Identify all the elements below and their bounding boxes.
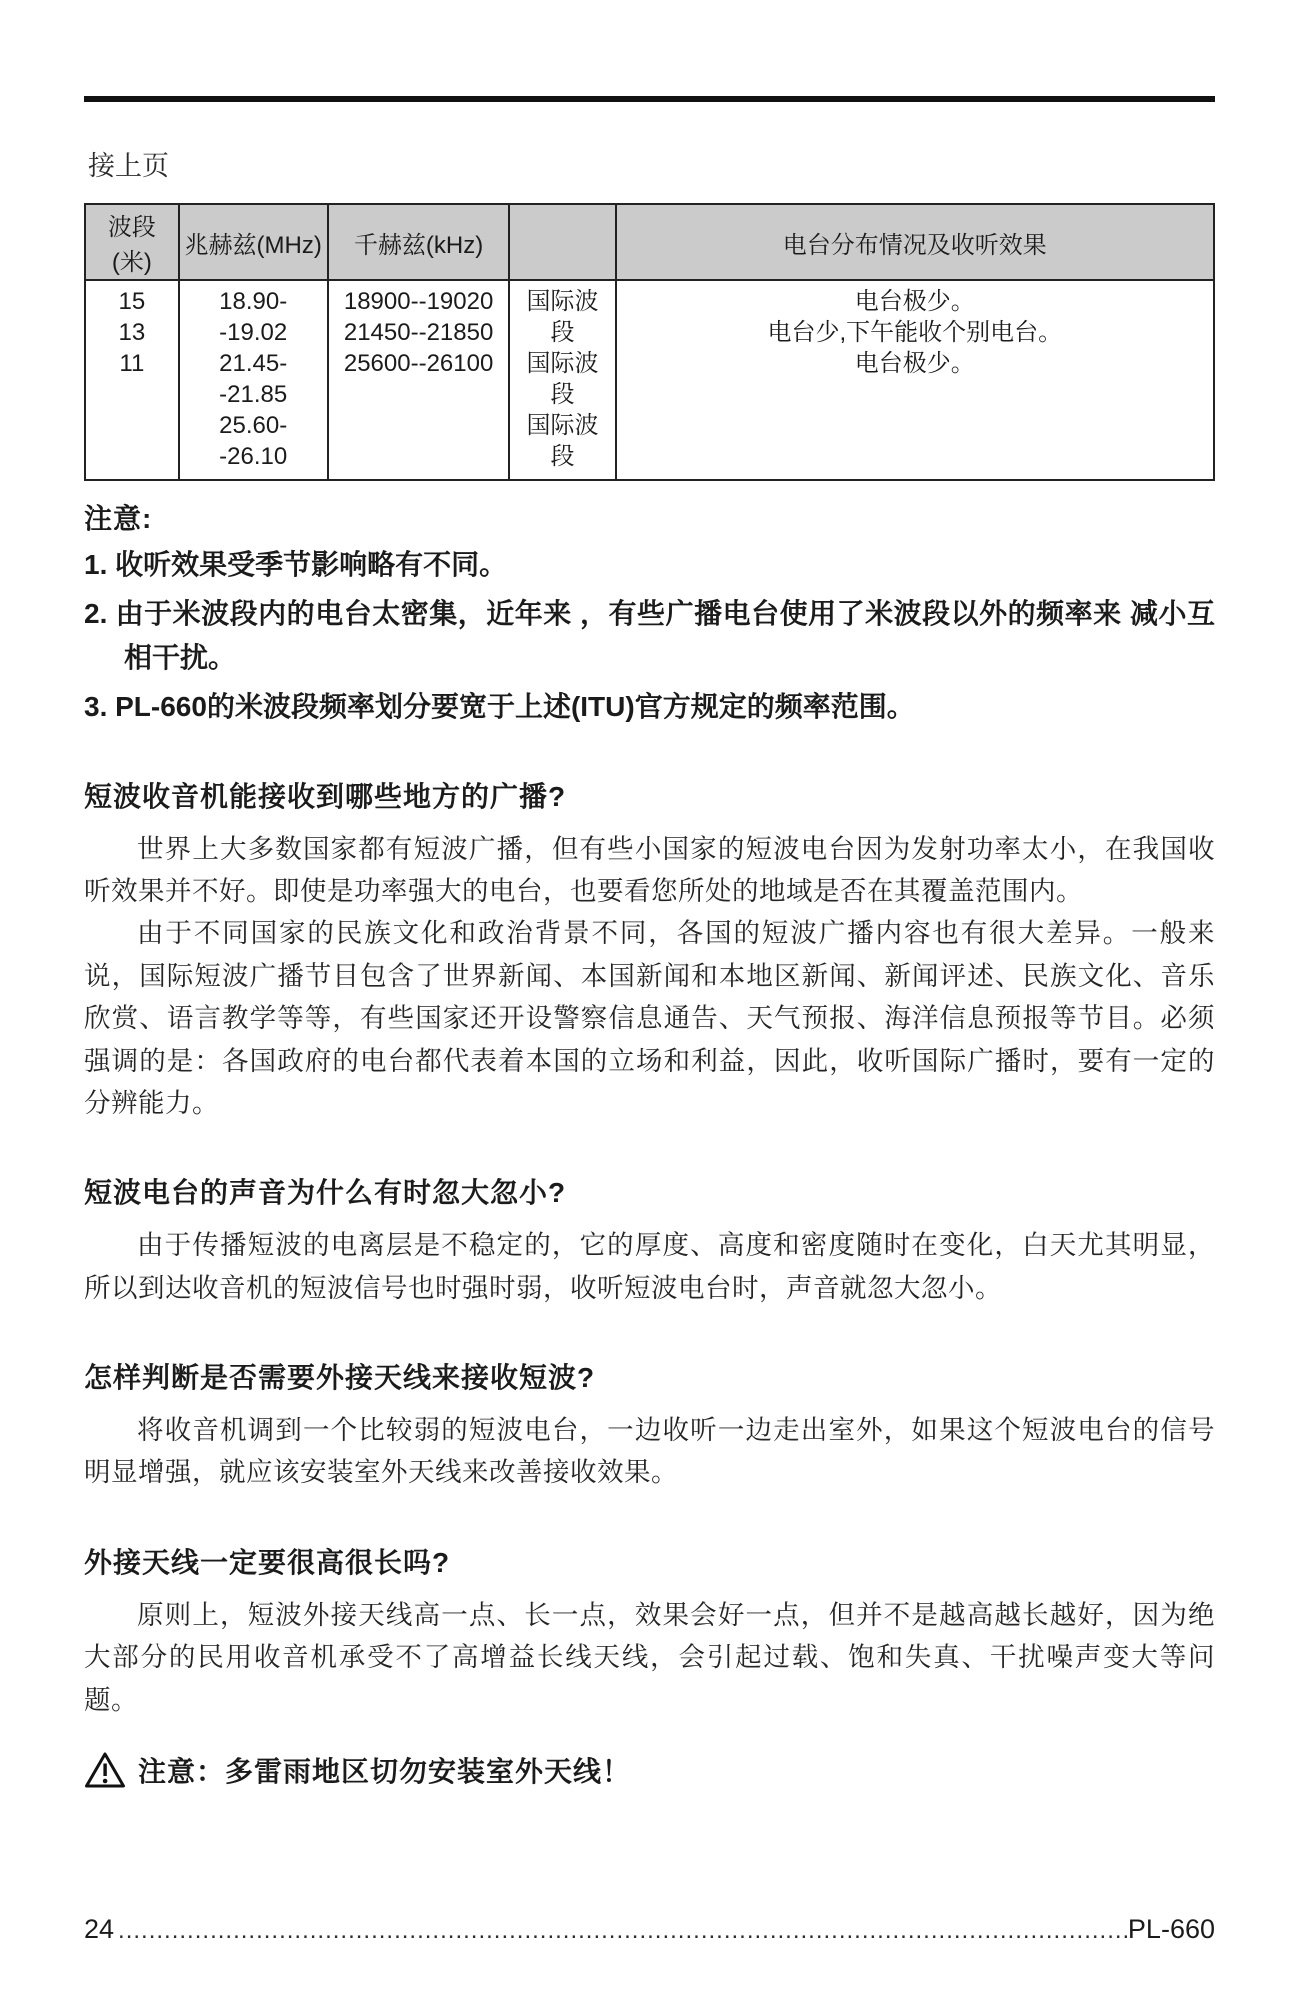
dot-leader: ........................................… bbox=[114, 1917, 1128, 1945]
section-heading: 怎样判断是否需要外接天线来接收短波? bbox=[84, 1356, 1215, 1396]
section-external-antenna-need: 怎样判断是否需要外接天线来接收短波? 将收音机调到一个比较弱的短波电台，一边收听… bbox=[84, 1356, 1215, 1495]
header-khz: 千赫兹(kHz) bbox=[328, 204, 510, 280]
table-header-row: 波段(米) 兆赫兹(MHz) 千赫兹(kHz) 电台分布情况及收听效果 bbox=[85, 204, 1214, 280]
top-divider-rule bbox=[84, 96, 1215, 102]
cell-listening-effect: 电台极少。 电台少,下午能收个别电台。 电台极少。 bbox=[616, 280, 1214, 480]
continued-from-previous-label: 接上页 bbox=[88, 144, 1215, 183]
section-heading: 外接天线一定要很高很长吗? bbox=[84, 1541, 1215, 1581]
section-antenna-height-length: 外接天线一定要很高很长吗? 原则上，短波外接天线高一点、长一点，效果会好一点，但… bbox=[84, 1541, 1215, 1722]
table-body-row: 15 13 11 18.90--19.02 21.45--21.85 25.60… bbox=[85, 280, 1214, 480]
page-number: 24 bbox=[84, 1914, 114, 1945]
section-paragraph: 由于传播短波的电离层是不稳定的，它的厚度、高度和密度随时在变化，白天尤其明显，所… bbox=[84, 1225, 1215, 1310]
header-band-meters: 波段(米) bbox=[85, 204, 179, 280]
cell-mhz-ranges: 18.90--19.02 21.45--21.85 25.60--26.10 bbox=[179, 280, 328, 480]
model-label: PL-660 bbox=[1128, 1914, 1215, 1945]
band-frequency-table: 波段(米) 兆赫兹(MHz) 千赫兹(kHz) 电台分布情况及收听效果 15 1… bbox=[84, 203, 1215, 481]
section-paragraph: 将收音机调到一个比较弱的短波电台，一边收听一边走出室外，如果这个短波电台的信号明… bbox=[84, 1410, 1215, 1495]
section-heading: 短波电台的声音为什么有时忽大忽小? bbox=[84, 1171, 1215, 1211]
header-mhz: 兆赫兹(MHz) bbox=[179, 204, 328, 280]
section-paragraph: 世界上大多数国家都有短波广播，但有些小国家的短波电台因为发射功率太小，在我国收听… bbox=[84, 829, 1215, 914]
section-where-broadcasts: 短波收音机能接收到哪些地方的广播? 世界上大多数国家都有短波广播，但有些小国家的… bbox=[84, 775, 1215, 1126]
cell-band-meters: 15 13 11 bbox=[85, 280, 179, 480]
warning-text: 注意：多雷雨地区切勿安装室外天线！ bbox=[138, 1750, 631, 1790]
notes-block: 注意: 1. 收听效果受季节影响略有不同。 2. 由于米波段内的电台太密集，近年… bbox=[84, 497, 1215, 729]
note-item-2: 2. 由于米波段内的电台太密集，近年来 ，有些广播电台使用了米波段以外的频率来 … bbox=[84, 592, 1215, 679]
header-blank bbox=[509, 204, 615, 280]
manual-page: 接上页 波段(米) 兆赫兹(MHz) 千赫兹(kHz) 电台分布情况及收听效果 … bbox=[0, 0, 1299, 2007]
cell-band-type: 国际波段 国际波段 国际波段 bbox=[509, 280, 615, 480]
warning-triangle-icon bbox=[84, 1751, 126, 1789]
section-volume-fluctuation: 短波电台的声音为什么有时忽大忽小? 由于传播短波的电离层是不稳定的，它的厚度、高… bbox=[84, 1171, 1215, 1310]
section-heading: 短波收音机能接收到哪些地方的广播? bbox=[84, 775, 1215, 815]
note-item-1: 1. 收听效果受季节影响略有不同。 bbox=[84, 543, 1215, 586]
note-item-3: 3. PL-660的米波段频率划分要宽于上述(ITU)官方规定的频率范围。 bbox=[84, 685, 1215, 728]
header-station-distribution: 电台分布情况及收听效果 bbox=[616, 204, 1214, 280]
section-paragraph: 原则上，短波外接天线高一点、长一点，效果会好一点，但并不是越高越长越好，因为绝大… bbox=[84, 1595, 1215, 1722]
lightning-warning: 注意：多雷雨地区切勿安装室外天线！ bbox=[84, 1750, 1215, 1790]
section-paragraph: 由于不同国家的民族文化和政治背景不同，各国的短波广播内容也有很大差异。一般来说，… bbox=[84, 913, 1215, 1125]
page-footer: 24 .....................................… bbox=[84, 1914, 1215, 1945]
cell-khz-ranges: 18900--19020 21450--21850 25600--26100 bbox=[328, 280, 510, 480]
notes-title: 注意: bbox=[84, 497, 1215, 537]
